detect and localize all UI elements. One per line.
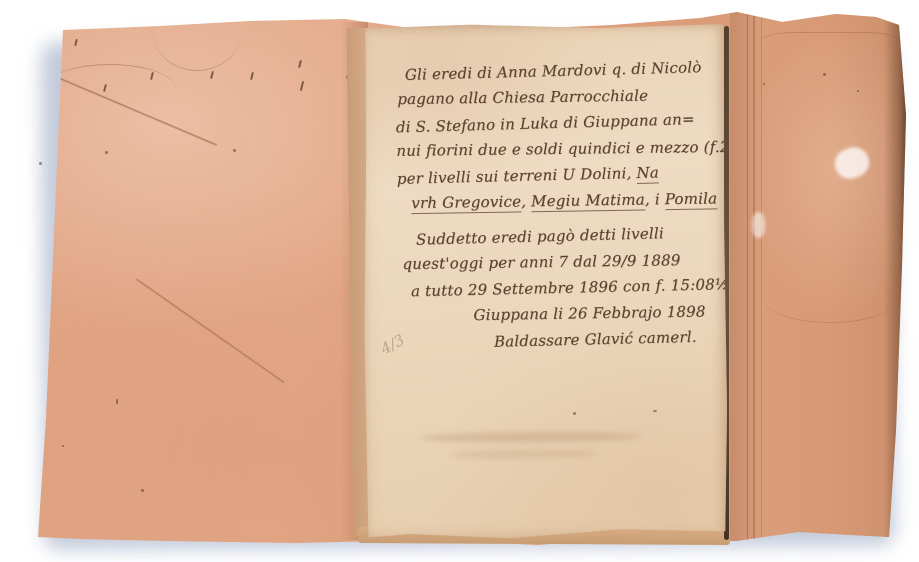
cover-crease xyxy=(760,32,900,51)
cover-crease xyxy=(152,30,242,71)
paper-speck xyxy=(233,149,236,152)
place-name-underlined: Na xyxy=(636,163,659,184)
stitch-mark xyxy=(74,39,78,46)
handwritten-line-signature: Baldassare Glavić camerl. xyxy=(494,323,723,355)
paper-speck xyxy=(857,90,859,92)
place-name-underlined: Pomila xyxy=(665,189,718,210)
paper-speck xyxy=(62,445,64,447)
handwritten-line: vrh Gregovice, Megiu Matima, i Pomila xyxy=(411,185,719,216)
paper-damage-patch xyxy=(831,143,873,183)
handwritten-text: Gli eredi di Anna Mardovi q. di Nicolò p… xyxy=(395,55,723,356)
text-segment: quest'oggi per anni 7 dal 29/9 1889 xyxy=(402,251,680,273)
stitch-mark xyxy=(298,60,302,68)
stitch-mark xyxy=(300,81,304,91)
paper-speck xyxy=(573,412,576,415)
text-segment: Baldassare Glavić camerl. xyxy=(494,328,697,351)
cover-crease xyxy=(765,300,895,323)
cover-crease xyxy=(44,64,176,89)
text-segment: nui fiorini due e soldi quindici e mezzo… xyxy=(396,137,775,160)
right-cover-strip xyxy=(730,0,908,562)
cover-crease xyxy=(136,279,285,384)
text-segment: , i xyxy=(645,190,665,208)
cover-edge-shadow xyxy=(884,8,908,548)
ink-bleedthrough xyxy=(449,450,599,459)
text-segment: Gli eredi di Anna Mardovi q. di Nicolò xyxy=(405,58,702,84)
paper-speck xyxy=(653,410,657,412)
document-photo: Gli eredi di Anna Mardovi q. di Nicolò p… xyxy=(0,0,919,562)
fold-crease xyxy=(753,0,755,562)
paper-speck xyxy=(141,489,144,492)
text-segment: pagano alla Chiesa Parrocchiale xyxy=(397,87,648,109)
fold-crease xyxy=(747,0,748,562)
paper-speck xyxy=(39,162,42,165)
stitch-mark xyxy=(210,71,214,79)
fold-crease xyxy=(761,0,762,562)
text-segment: per livelli sui terreni U Dolini, xyxy=(397,164,637,188)
text-segment: , xyxy=(521,192,531,210)
place-name-underlined: Megiu Matima xyxy=(531,190,645,212)
paper-speck xyxy=(105,151,108,154)
text-segment: a tutto 29 Settembre 1896 con f. 15:08½ xyxy=(411,275,730,300)
paper-speck xyxy=(116,399,118,404)
manuscript-page: Gli eredi di Anna Mardovi q. di Nicolò p… xyxy=(362,22,728,539)
paper-speck xyxy=(823,73,826,76)
paper-speck xyxy=(763,83,765,85)
place-name-underlined: vrh Gregovice xyxy=(411,192,521,214)
text-segment: di S. Stefano in Luka di Giuppana an= xyxy=(396,110,695,136)
text-segment: Giuppana li 26 Febbrajo 1898 xyxy=(473,302,705,324)
text-segment: Suddetto eredi pagò detti livelli xyxy=(416,224,664,248)
paper-damage-patch xyxy=(752,212,765,238)
stitch-mark xyxy=(250,72,254,80)
ink-bleedthrough xyxy=(421,431,641,443)
